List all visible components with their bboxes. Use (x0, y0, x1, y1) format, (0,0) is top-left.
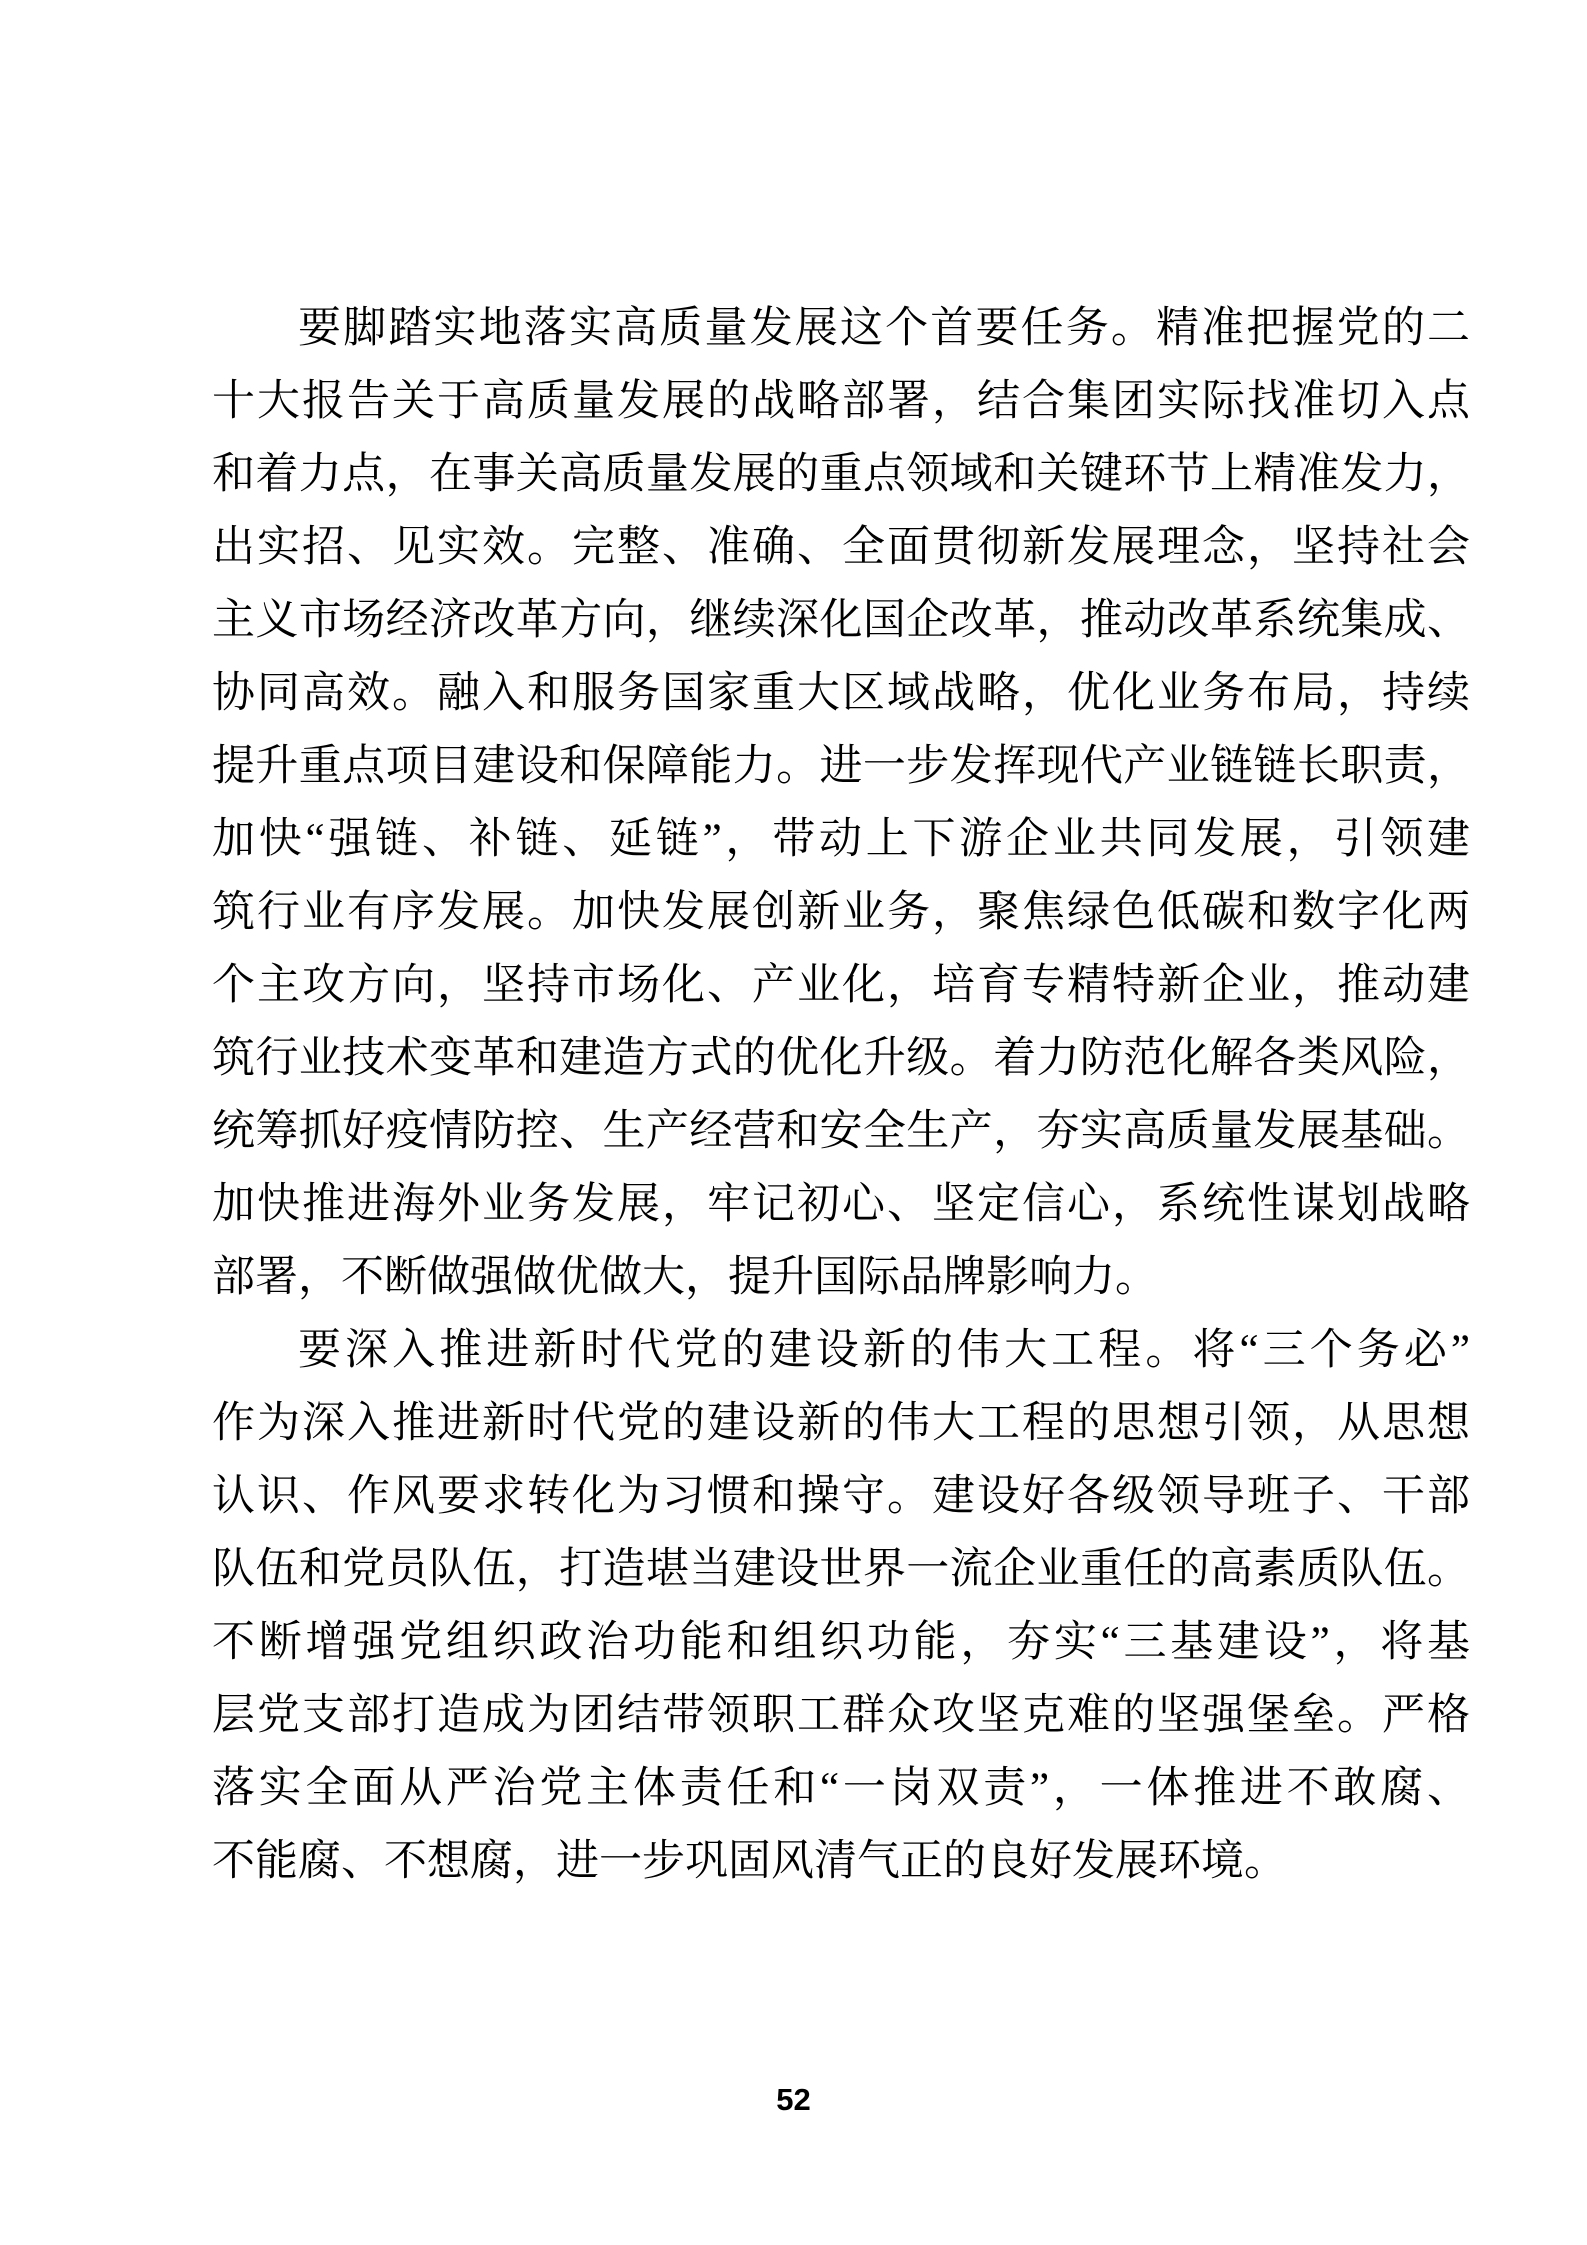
text-line: 筑行业有序发展。加快发展创新业务，聚焦绿色低碳和数字化两 (212, 876, 1470, 949)
document-body: 要脚踏实地落实高质量发展这个首要任务。精准把握党的二 十大报告关于高质量发展的战… (212, 292, 1470, 1898)
text-line: 加快推进海外业务发展，牢记初心、坚定信心，系统性谋划战略 (212, 1168, 1470, 1241)
text-line: 要深入推进新时代党的建设新的伟大工程。将“三个务必” (212, 1314, 1470, 1387)
text-line: 落实全面从严治党主体责任和“一岗双责”，一体推进不敢腐、 (212, 1752, 1470, 1825)
text-line: 队伍和党员队伍，打造堪当建设世界一流企业重任的高素质队伍。 (212, 1533, 1470, 1606)
paragraph-1: 要脚踏实地落实高质量发展这个首要任务。精准把握党的二 十大报告关于高质量发展的战… (212, 292, 1470, 1314)
document-page: 要脚踏实地落实高质量发展这个首要任务。精准把握党的二 十大报告关于高质量发展的战… (0, 0, 1587, 2245)
text-line: 主义市场经济改革方向，继续深化国企改革，推动改革系统集成、 (212, 584, 1470, 657)
text-line: 认识、作风要求转化为习惯和操守。建设好各级领导班子、干部 (212, 1460, 1470, 1533)
text-line: 不断增强党组织政治功能和组织功能，夯实“三基建设”，将基 (212, 1606, 1470, 1679)
text-line: 十大报告关于高质量发展的战略部署，结合集团实际找准切入点 (212, 365, 1470, 438)
text-line: 部署，不断做强做优做大，提升国际品牌影响力。 (212, 1241, 1470, 1314)
text-line: 作为深入推进新时代党的建设新的伟大工程的思想引领，从思想 (212, 1387, 1470, 1460)
text-line: 提升重点项目建设和保障能力。进一步发挥现代产业链链长职责， (212, 730, 1470, 803)
text-line: 出实招、见实效。完整、准确、全面贯彻新发展理念，坚持社会 (212, 511, 1470, 584)
text-line: 统筹抓好疫情防控、生产经营和安全生产，夯实高质量发展基础。 (212, 1095, 1470, 1168)
page-number: 52 (0, 2082, 1587, 2118)
text-line: 筑行业技术变革和建造方式的优化升级。着力防范化解各类风险， (212, 1022, 1470, 1095)
paragraph-2: 要深入推进新时代党的建设新的伟大工程。将“三个务必” 作为深入推进新时代党的建设… (212, 1314, 1470, 1898)
text-line: 加快“强链、补链、延链”，带动上下游企业共同发展，引领建 (212, 803, 1470, 876)
text-line: 协同高效。融入和服务国家重大区域战略，优化业务布局，持续 (212, 657, 1470, 730)
text-line: 不能腐、不想腐，进一步巩固风清气正的良好发展环境。 (212, 1825, 1470, 1898)
text-line: 个主攻方向，坚持市场化、产业化，培育专精特新企业，推动建 (212, 949, 1470, 1022)
text-line: 层党支部打造成为团结带领职工群众攻坚克难的坚强堡垒。严格 (212, 1679, 1470, 1752)
text-line: 要脚踏实地落实高质量发展这个首要任务。精准把握党的二 (212, 292, 1470, 365)
text-line: 和着力点，在事关高质量发展的重点领域和关键环节上精准发力， (212, 438, 1470, 511)
